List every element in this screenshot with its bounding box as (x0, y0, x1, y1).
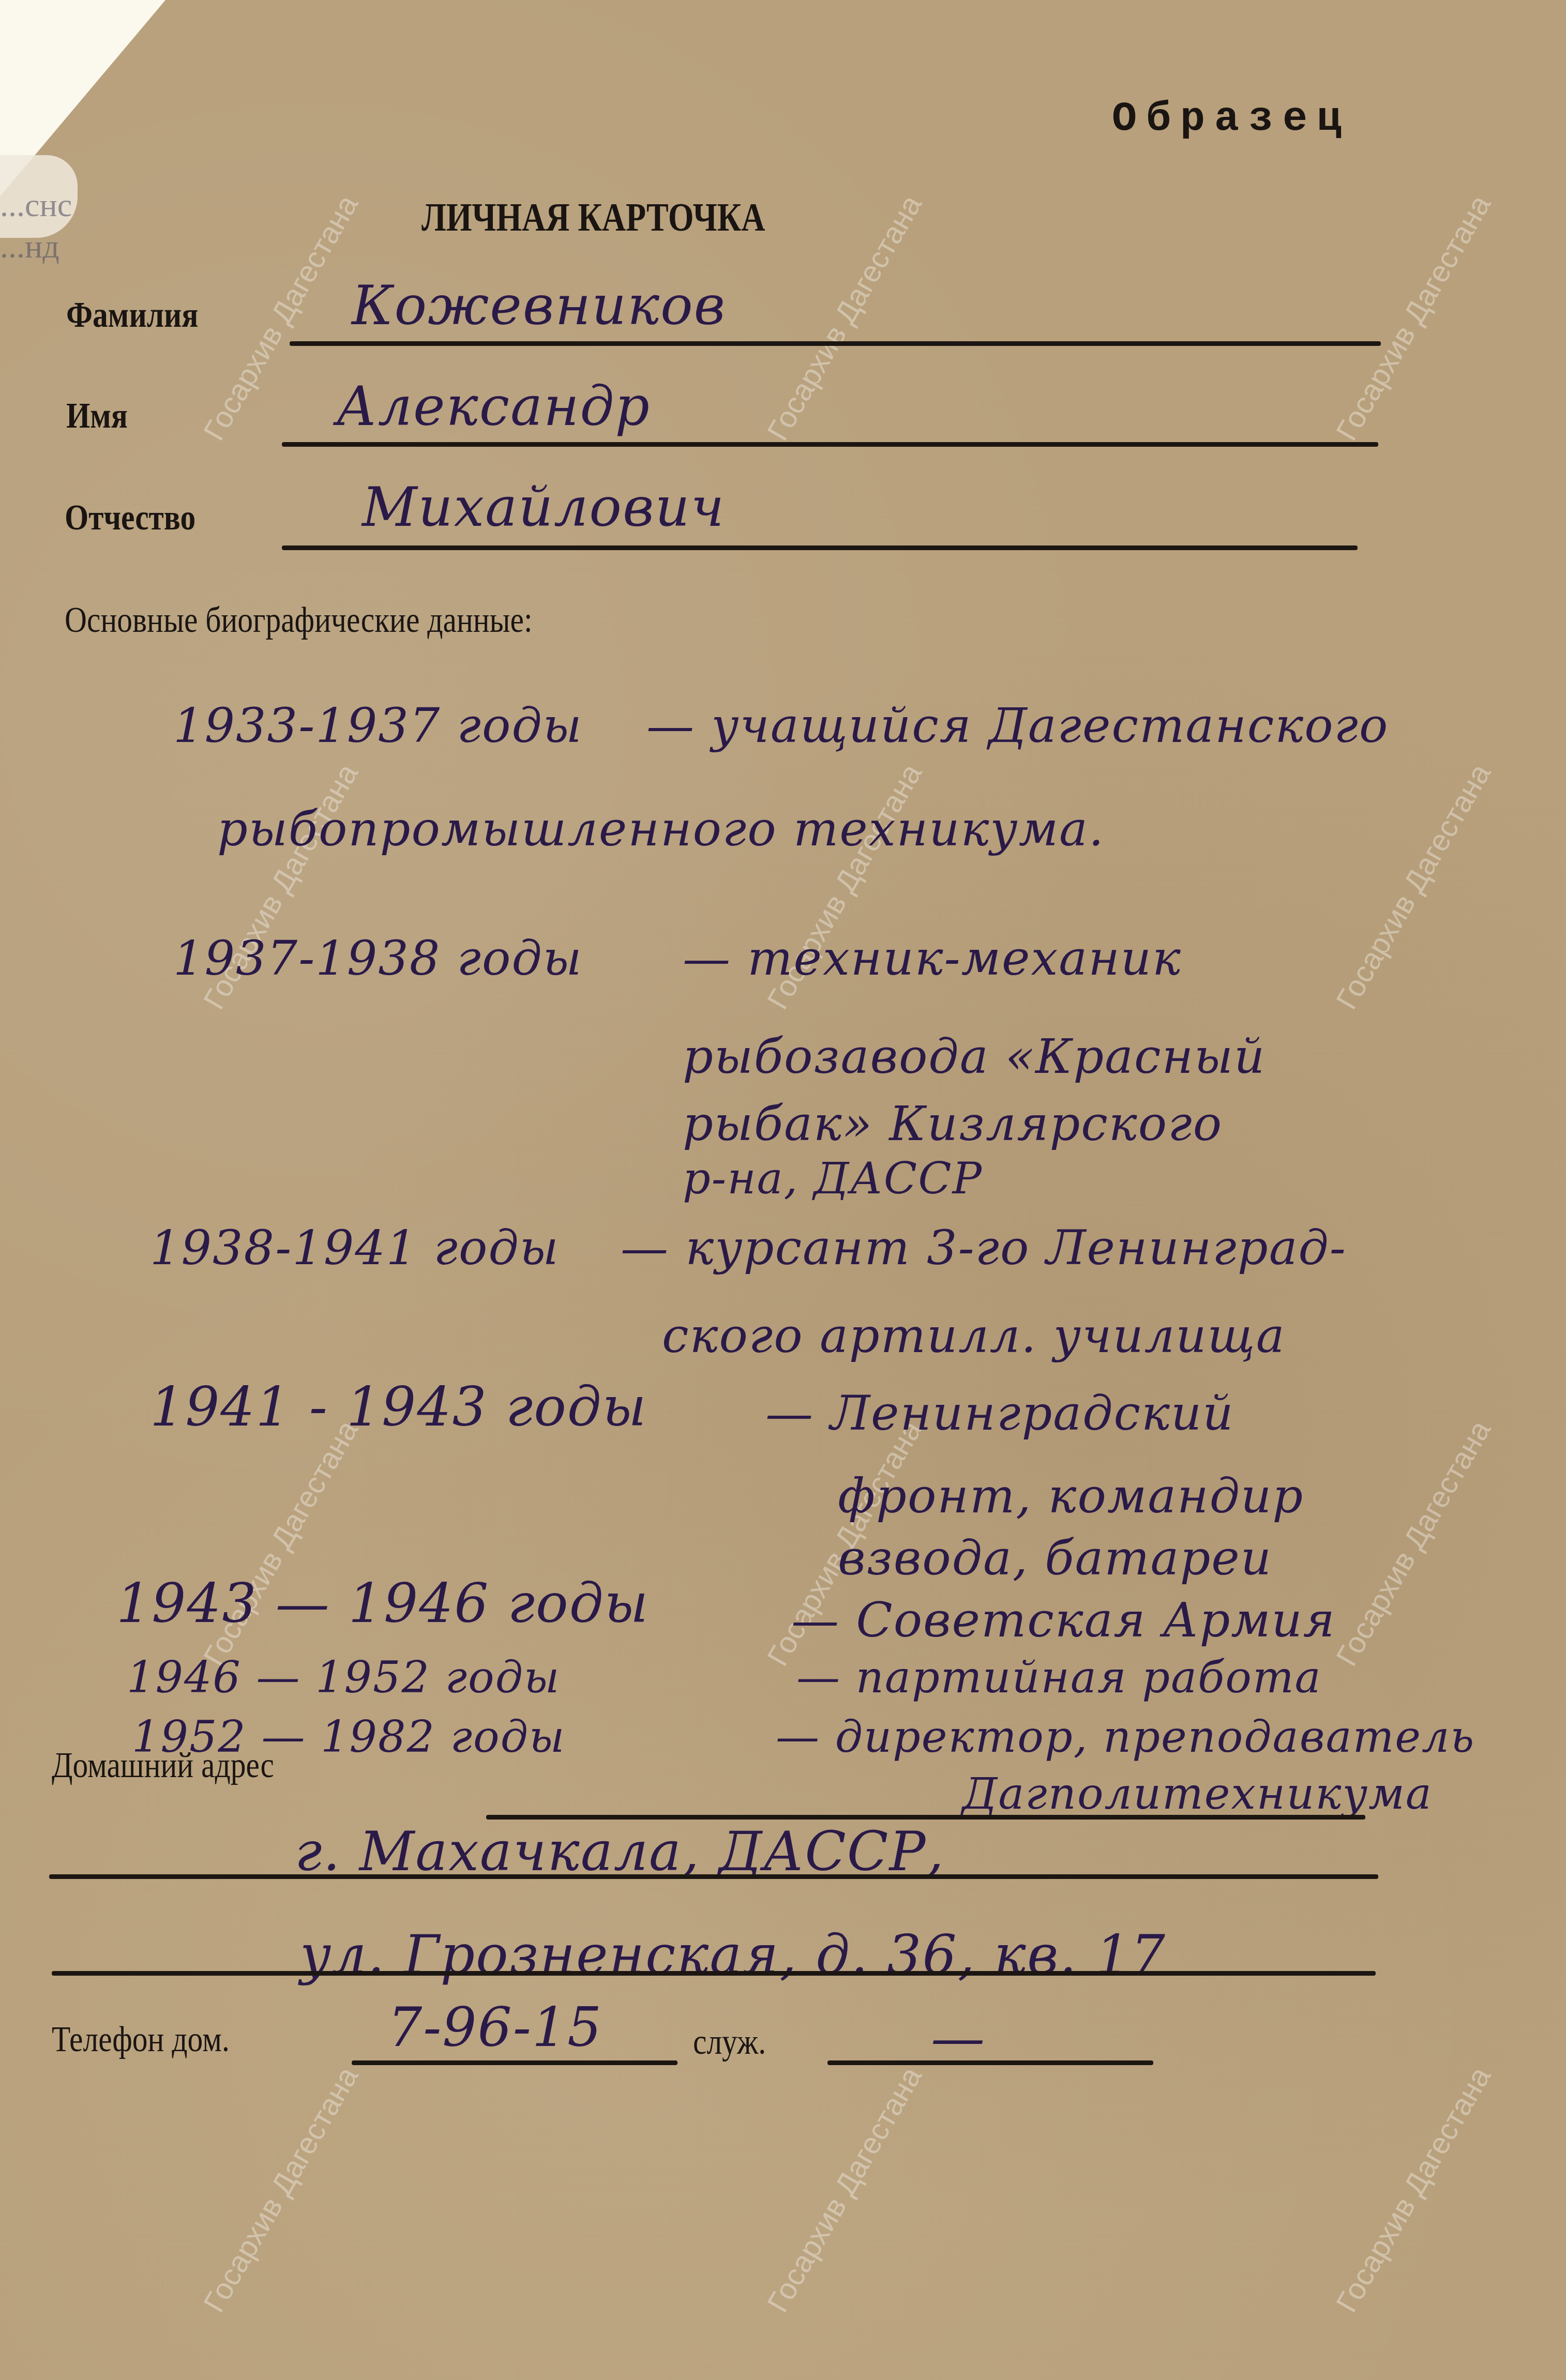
biography-text: — директор, преподаватель (776, 1711, 1475, 1762)
biography-text: взвода, батареи (838, 1530, 1272, 1586)
surname-label: Фамилия (66, 295, 199, 336)
patronymic-value: Михайлович (362, 476, 725, 539)
phone-work-underline (827, 2060, 1153, 2065)
biography-text: фронт, командир (838, 1468, 1304, 1524)
watermark: Госархив Дагестана (760, 189, 929, 447)
phone-home-underline (352, 2060, 677, 2065)
biography-text: — учащийся Дагестанского (646, 698, 1389, 753)
biography-period: 1946 — 1952 годы (127, 1652, 560, 1703)
biography-text: рыбозавода «Красный (683, 1029, 1266, 1084)
biography-text: р-на, ДАССР (683, 1153, 983, 1204)
name-value: Александр (336, 375, 651, 438)
biography-text: рыбак» Кизлярского (683, 1096, 1223, 1151)
biography-period: 1938-1941 годы (150, 1220, 560, 1276)
biography-text: — партийная работа (796, 1652, 1322, 1703)
watermark: Госархив Дагестана (197, 2061, 365, 2318)
watermark: Госархив Дагестана (1329, 189, 1498, 447)
name-label: Имя (66, 396, 128, 437)
biography-period: 1937-1938 годы (173, 931, 583, 986)
corner-fragment-text: ...снс (0, 186, 72, 224)
corner-fragment-text: ...нд (0, 228, 59, 266)
address-underline (486, 1815, 1365, 1820)
watermark: Госархив Дагестана (1329, 2061, 1498, 2318)
biography-text: рыбопромышленного техникума. (217, 801, 1105, 857)
surname-underline (290, 341, 1381, 346)
biography-period: 1933-1937 годы (173, 698, 583, 753)
phone-home-label: Телефон дом. (52, 2019, 230, 2060)
phone-work-label: служ. (693, 2022, 766, 2063)
address-underline (52, 1971, 1376, 1976)
biography-text: — техник-механик (683, 931, 1182, 986)
biography-text: — Ленинградский (765, 1386, 1234, 1441)
phone-home-value: 7-96-15 (388, 1996, 603, 2059)
watermark: Госархив Дагестана (1329, 1415, 1498, 1672)
surname-value: Кожевников (352, 274, 726, 337)
form-sample-label: Образец (1112, 96, 1351, 143)
name-underline (282, 442, 1378, 447)
biography-period: 1941 - 1943 годы (150, 1375, 647, 1438)
biography-text: ского артилл. училища (662, 1308, 1285, 1363)
biography-label: Основные биографические данные: (65, 600, 533, 641)
page-title: ЛИЧНАЯ КАРТОЧКА (421, 194, 765, 240)
watermark: Госархив Дагестана (1329, 758, 1498, 1015)
patronymic-underline (282, 545, 1358, 550)
biography-period: 1943 — 1946 годы (116, 1572, 649, 1635)
biography-text: — курсант 3-го Ленинград- (621, 1220, 1347, 1276)
address-line: ул. Грозненская, д. 36, кв. 17 (300, 1923, 1166, 1987)
biography-text: — Советская Армия (791, 1593, 1336, 1648)
address-line: г. Махачкала, ДАССР, (295, 1820, 944, 1883)
address-underline (49, 1874, 1378, 1879)
phone-work-value: — (931, 2006, 986, 2069)
biography-text: Дагполитехникума (962, 1768, 1433, 1819)
patronymic-label: Отчество (65, 497, 195, 539)
address-label: Домашний адрес (52, 1745, 274, 1786)
watermark: Госархив Дагестана (760, 2061, 929, 2318)
